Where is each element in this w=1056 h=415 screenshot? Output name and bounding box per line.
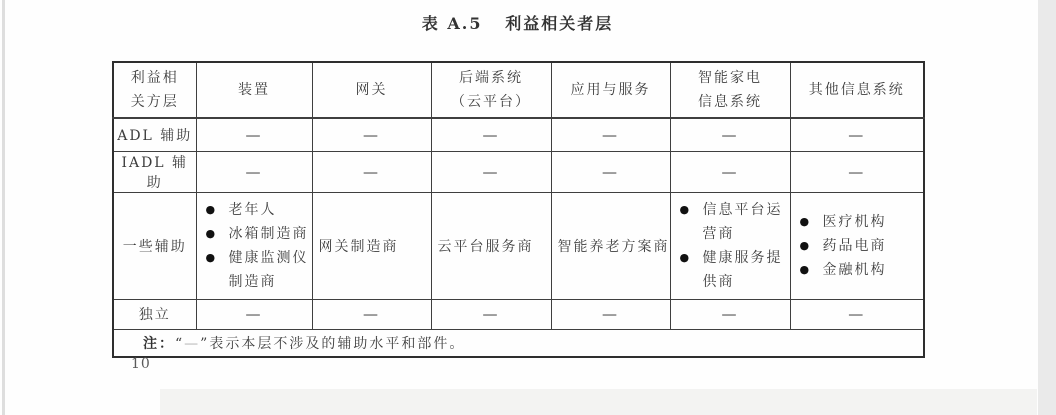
col-header-application-service: 应用与服务: [551, 62, 670, 118]
note-quote-open: “: [175, 336, 184, 352]
cell-gateway-stakeholder: 网关制造商: [312, 192, 431, 299]
list-item: 信息平台运营商: [680, 198, 788, 246]
bullet-icon: [800, 258, 823, 282]
cell-appliance-info-stakeholders: 信息平台运营商 健康服务提供商: [670, 192, 790, 299]
dash-cell: —: [551, 299, 670, 329]
list-item: 冰箱制造商: [206, 222, 310, 246]
table-note: 注：“—”表示本层不涉及的辅助水平和部件。: [113, 329, 924, 357]
dash-cell: —: [312, 151, 431, 192]
dash-cell: —: [312, 299, 431, 329]
dash-cell: —: [196, 151, 312, 192]
note-prefix: 注：: [143, 336, 175, 352]
col-header-backend-system: 后端系统 （云平台）: [431, 62, 551, 118]
bullet-icon: [680, 198, 703, 222]
row-label-adl: ADL 辅助: [113, 118, 196, 151]
dash-cell: —: [790, 118, 924, 151]
bullet-icon: [206, 222, 229, 246]
scan-edge-left: [2, 0, 5, 415]
col-header-stakeholder-layer: 利益相 关方层: [113, 62, 196, 118]
list-item: 药品电商: [800, 234, 922, 258]
dash-cell: —: [790, 299, 924, 329]
col-header-smart-appliance-info: 智能家电 信息系统: [670, 62, 790, 118]
col-header-gateway: 网关: [312, 62, 431, 118]
col-header-device: 装置: [196, 62, 312, 118]
bullet-icon: [680, 246, 703, 270]
dash-cell: —: [196, 118, 312, 151]
dash-cell: —: [431, 151, 551, 192]
row-label-iadl: IADL 辅助: [113, 151, 196, 192]
row-some-assist: 一些辅助 老年人 冰箱制造商 健康监测仪制造商: [113, 192, 924, 299]
list-item: 健康服务提供商: [680, 246, 788, 294]
scan-edge-bottom: [160, 389, 1037, 415]
dash-cell: —: [431, 299, 551, 329]
row-label-independent: 独立: [113, 299, 196, 329]
list-item: 金融机构: [800, 258, 922, 282]
dash-cell: —: [670, 151, 790, 192]
dash-cell: —: [551, 151, 670, 192]
bullet-icon: [800, 234, 823, 258]
row-iadl: IADL 辅助 — — — — — —: [113, 151, 924, 192]
scan-edge-right: [1038, 0, 1056, 415]
dash-cell: —: [431, 118, 551, 151]
dash-cell: —: [670, 118, 790, 151]
row-independent: 独立 — — — — — —: [113, 299, 924, 329]
note-dash: —: [184, 336, 200, 352]
note-text: ”表示本层不涉及的辅助水平和部件。: [200, 336, 465, 352]
cell-backend-stakeholder: 云平台服务商: [431, 192, 551, 299]
header-row: 利益相 关方层 装置 网关 后端系统 （云平台） 应用与服务 智能家电 信息系统…: [113, 62, 924, 118]
list-item: 医疗机构: [800, 210, 922, 234]
stakeholder-table: 利益相 关方层 装置 网关 后端系统 （云平台） 应用与服务 智能家电 信息系统…: [112, 61, 925, 358]
row-label-some-assist: 一些辅助: [113, 192, 196, 299]
dash-cell: —: [670, 299, 790, 329]
note-row: 注：“—”表示本层不涉及的辅助水平和部件。: [113, 329, 924, 357]
dash-cell: —: [551, 118, 670, 151]
table-title: 表 A.5 利益相关者层: [112, 11, 923, 34]
list-item: 老年人: [206, 198, 310, 222]
page-number: 10: [131, 356, 151, 372]
list-item: 健康监测仪制造商: [206, 246, 310, 294]
document-page: 表 A.5 利益相关者层 利益相 关方层 装置 网关 后端系统: [0, 0, 1056, 415]
dash-cell: —: [312, 118, 431, 151]
cell-application-stakeholder: 智能养老方案商: [551, 192, 670, 299]
dash-cell: —: [196, 299, 312, 329]
dash-cell: —: [790, 151, 924, 192]
col-header-other-info-system: 其他信息系统: [790, 62, 924, 118]
bullet-icon: [206, 198, 229, 222]
row-adl: ADL 辅助 — — — — — —: [113, 118, 924, 151]
cell-other-info-stakeholders: 医疗机构 药品电商 金融机构: [790, 192, 924, 299]
cell-device-stakeholders: 老年人 冰箱制造商 健康监测仪制造商: [196, 192, 312, 299]
bullet-icon: [800, 210, 823, 234]
bullet-icon: [206, 246, 229, 270]
